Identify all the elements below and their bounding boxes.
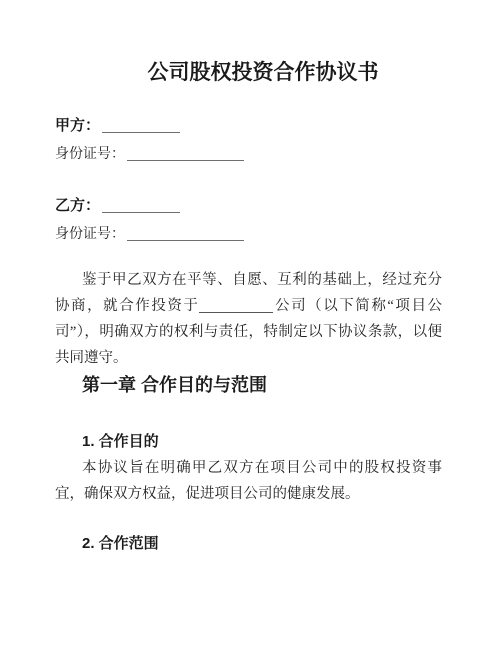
party-b-blank-line xyxy=(102,201,180,213)
section-1-body: 本协议旨在明确甲乙双方在项目公司中的股权投资事宜，确保双方权益，促进项目公司的健… xyxy=(55,456,442,507)
party-b-label: 乙方： xyxy=(55,197,100,214)
party-b-block: 乙方： 身份证号： xyxy=(55,192,442,249)
document-page: 公司股权投资合作协议书 甲方： 身份证号： 乙方： 身份证号： 鉴于甲乙双方在平… xyxy=(0,0,500,647)
chapter-1-heading: 第一章 合作目的与范围 xyxy=(55,374,442,396)
party-a-id-blank-line xyxy=(127,149,244,161)
party-b-id-blank-line xyxy=(127,229,244,241)
party-a-id-row: 身份证号： xyxy=(55,140,442,169)
company-name-blank-line xyxy=(199,301,273,313)
party-b-id-label: 身份证号： xyxy=(55,227,125,242)
party-b-row: 乙方： xyxy=(55,192,442,220)
party-a-block: 甲方： 身份证号： xyxy=(55,112,442,169)
party-a-row: 甲方： xyxy=(55,112,442,140)
party-a-blank-line xyxy=(102,121,180,133)
party-a-id-label: 身份证号： xyxy=(55,147,125,162)
document-title: 公司股权投资合作协议书 xyxy=(13,56,500,86)
party-b-id-row: 身份证号： xyxy=(55,220,442,249)
section-1-heading: 1. 合作目的 xyxy=(55,432,442,452)
party-a-label: 甲方： xyxy=(55,117,100,134)
section-2-heading: 2. 合作范围 xyxy=(55,534,442,554)
preamble-paragraph: 鉴于甲乙双方在平等、自愿、互利的基础上，经过充分协商，就合作投资于公司（以下简称… xyxy=(55,267,442,371)
